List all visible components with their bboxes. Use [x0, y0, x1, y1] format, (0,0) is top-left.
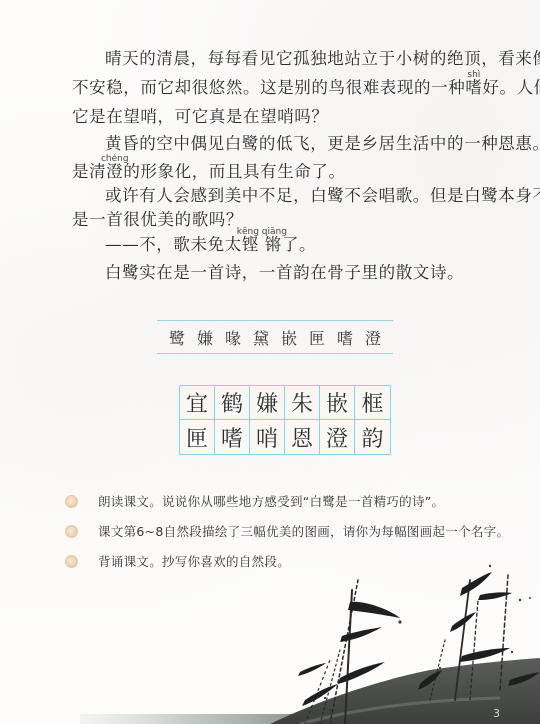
grid-char: 朱	[285, 386, 320, 420]
text-line: 它是在望哨，可它真是在望哨吗？	[72, 107, 329, 127]
grid-char: 澄	[320, 420, 355, 454]
grid-char: 嫌	[250, 386, 285, 420]
vocab-char: 匣	[309, 326, 325, 349]
flower-bullet-icon	[65, 525, 78, 538]
exercise-item: 朗读课文。说说你从哪些地方感受到“白鹭是一首精巧的诗”。	[65, 492, 444, 510]
grid-char: 匣	[180, 420, 215, 454]
text-line: 是一首很优美的歌吗？	[72, 210, 243, 230]
pinyin-annotated-char: chéng澄	[106, 162, 123, 182]
text-line: 是清chéng澄的形象化，而且具有生命了。	[72, 162, 346, 182]
pinyin: chéng	[101, 149, 129, 169]
vocab-char: 澄	[365, 326, 381, 349]
pinyin: shì	[467, 65, 480, 85]
text-line: 黄昏的空中偶见白鹭的低飞，更是乡居生活中的一种恩惠。那	[72, 134, 540, 154]
vocab-char: 嫌	[197, 326, 213, 349]
grid-char: 嵌	[320, 386, 355, 420]
grid-char: 嗜	[215, 420, 250, 454]
vocab-char: 黛	[253, 326, 269, 349]
text-line: 白鹭实在是一首诗，一首韵在骨子里的散文诗。	[72, 263, 464, 283]
ink-painting-illustration	[0, 560, 540, 724]
vocab-char: 嗜	[337, 326, 353, 349]
vocab-char: 嵌	[281, 326, 297, 349]
pinyin-annotated-char: shì嗜	[465, 78, 482, 98]
exercise-item: 课文第6~8自然段描绘了三幅优美的图画，请你为每幅图画起一个名字。	[65, 522, 509, 540]
text-line: ——不，歌未免太kēng qiāng铿 锵了。	[72, 235, 316, 255]
grid-char: 恩	[285, 420, 320, 454]
grid-char: 框	[355, 386, 390, 420]
page-number: 3	[493, 707, 500, 720]
grid-char: 鹤	[215, 386, 250, 420]
text-line: 或许有人会感到美中不足，白鹭不会唱歌。但是白鹭本身不就	[72, 186, 540, 206]
vocab-char: 喙	[225, 326, 241, 349]
vocab-char: 鹭	[169, 326, 185, 349]
flower-bullet-icon	[65, 495, 78, 508]
writing-characters-grid: 宜 鹤 嫌 朱 嵌 框 匣 嗜 哨 恩 澄 韵	[179, 385, 391, 455]
recognition-characters-strip: 鹭 嫌 喙 黛 嵌 匣 嗜 澄	[157, 320, 393, 354]
pinyin: kēng qiāng	[237, 222, 287, 242]
pinyin-annotated-word: kēng qiāng铿 锵	[242, 235, 282, 255]
grid-char: 韵	[355, 420, 390, 454]
grid-char: 宜	[180, 386, 215, 420]
text-line: 不安稳，而它却很悠然。这是别的鸟很难表现的一种shì嗜好。人们说	[72, 78, 540, 98]
grid-char: 哨	[250, 420, 285, 454]
